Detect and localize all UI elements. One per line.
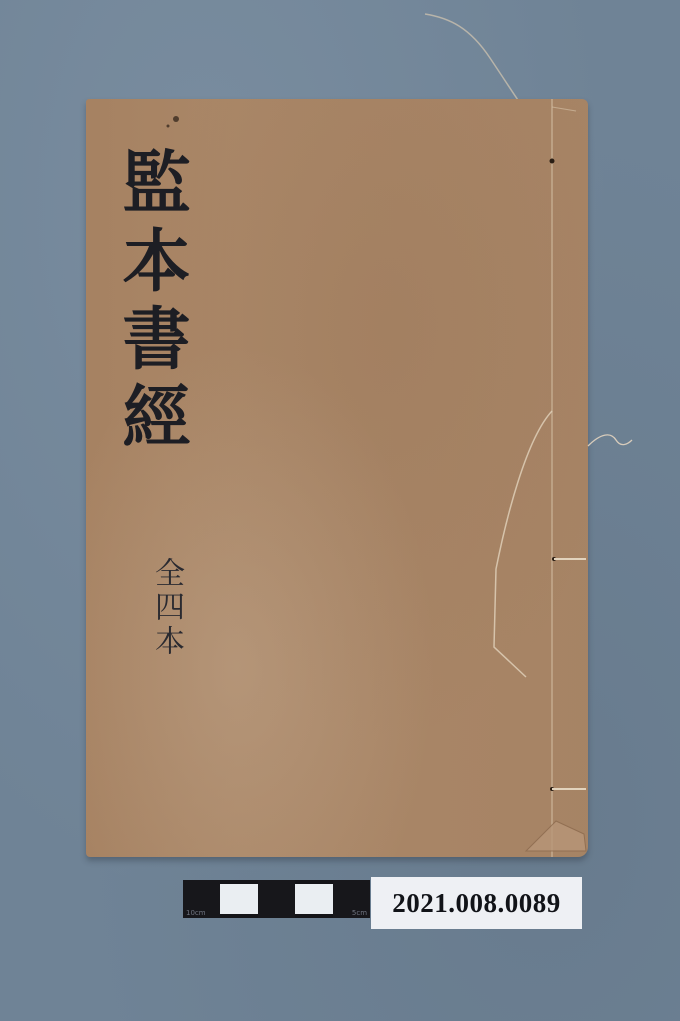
scale-label-left: 10cm bbox=[186, 909, 206, 917]
scale-segment bbox=[220, 884, 257, 914]
scale-segment: 5cm bbox=[333, 880, 370, 918]
catalog-label: 2021.008.0089 bbox=[371, 877, 582, 929]
scale-label-right: 5cm bbox=[352, 909, 367, 917]
artifact-photo: 監本書經 全四本 10cm 5cm 2021.008.0089 bbox=[0, 0, 680, 1021]
book-cover: 監本書經 全四本 bbox=[86, 99, 588, 857]
loose-thread bbox=[420, 8, 530, 108]
scale-segment: 10cm bbox=[183, 880, 220, 918]
book-title: 監本書經 bbox=[116, 147, 196, 459]
catalog-number: 2021.008.0089 bbox=[392, 888, 561, 919]
volume-count: 全四本 bbox=[144, 557, 184, 659]
scale-bar: 10cm 5cm bbox=[183, 880, 370, 918]
side-thread bbox=[586, 428, 636, 458]
scale-segment bbox=[295, 884, 332, 914]
scale-segment bbox=[258, 880, 295, 918]
